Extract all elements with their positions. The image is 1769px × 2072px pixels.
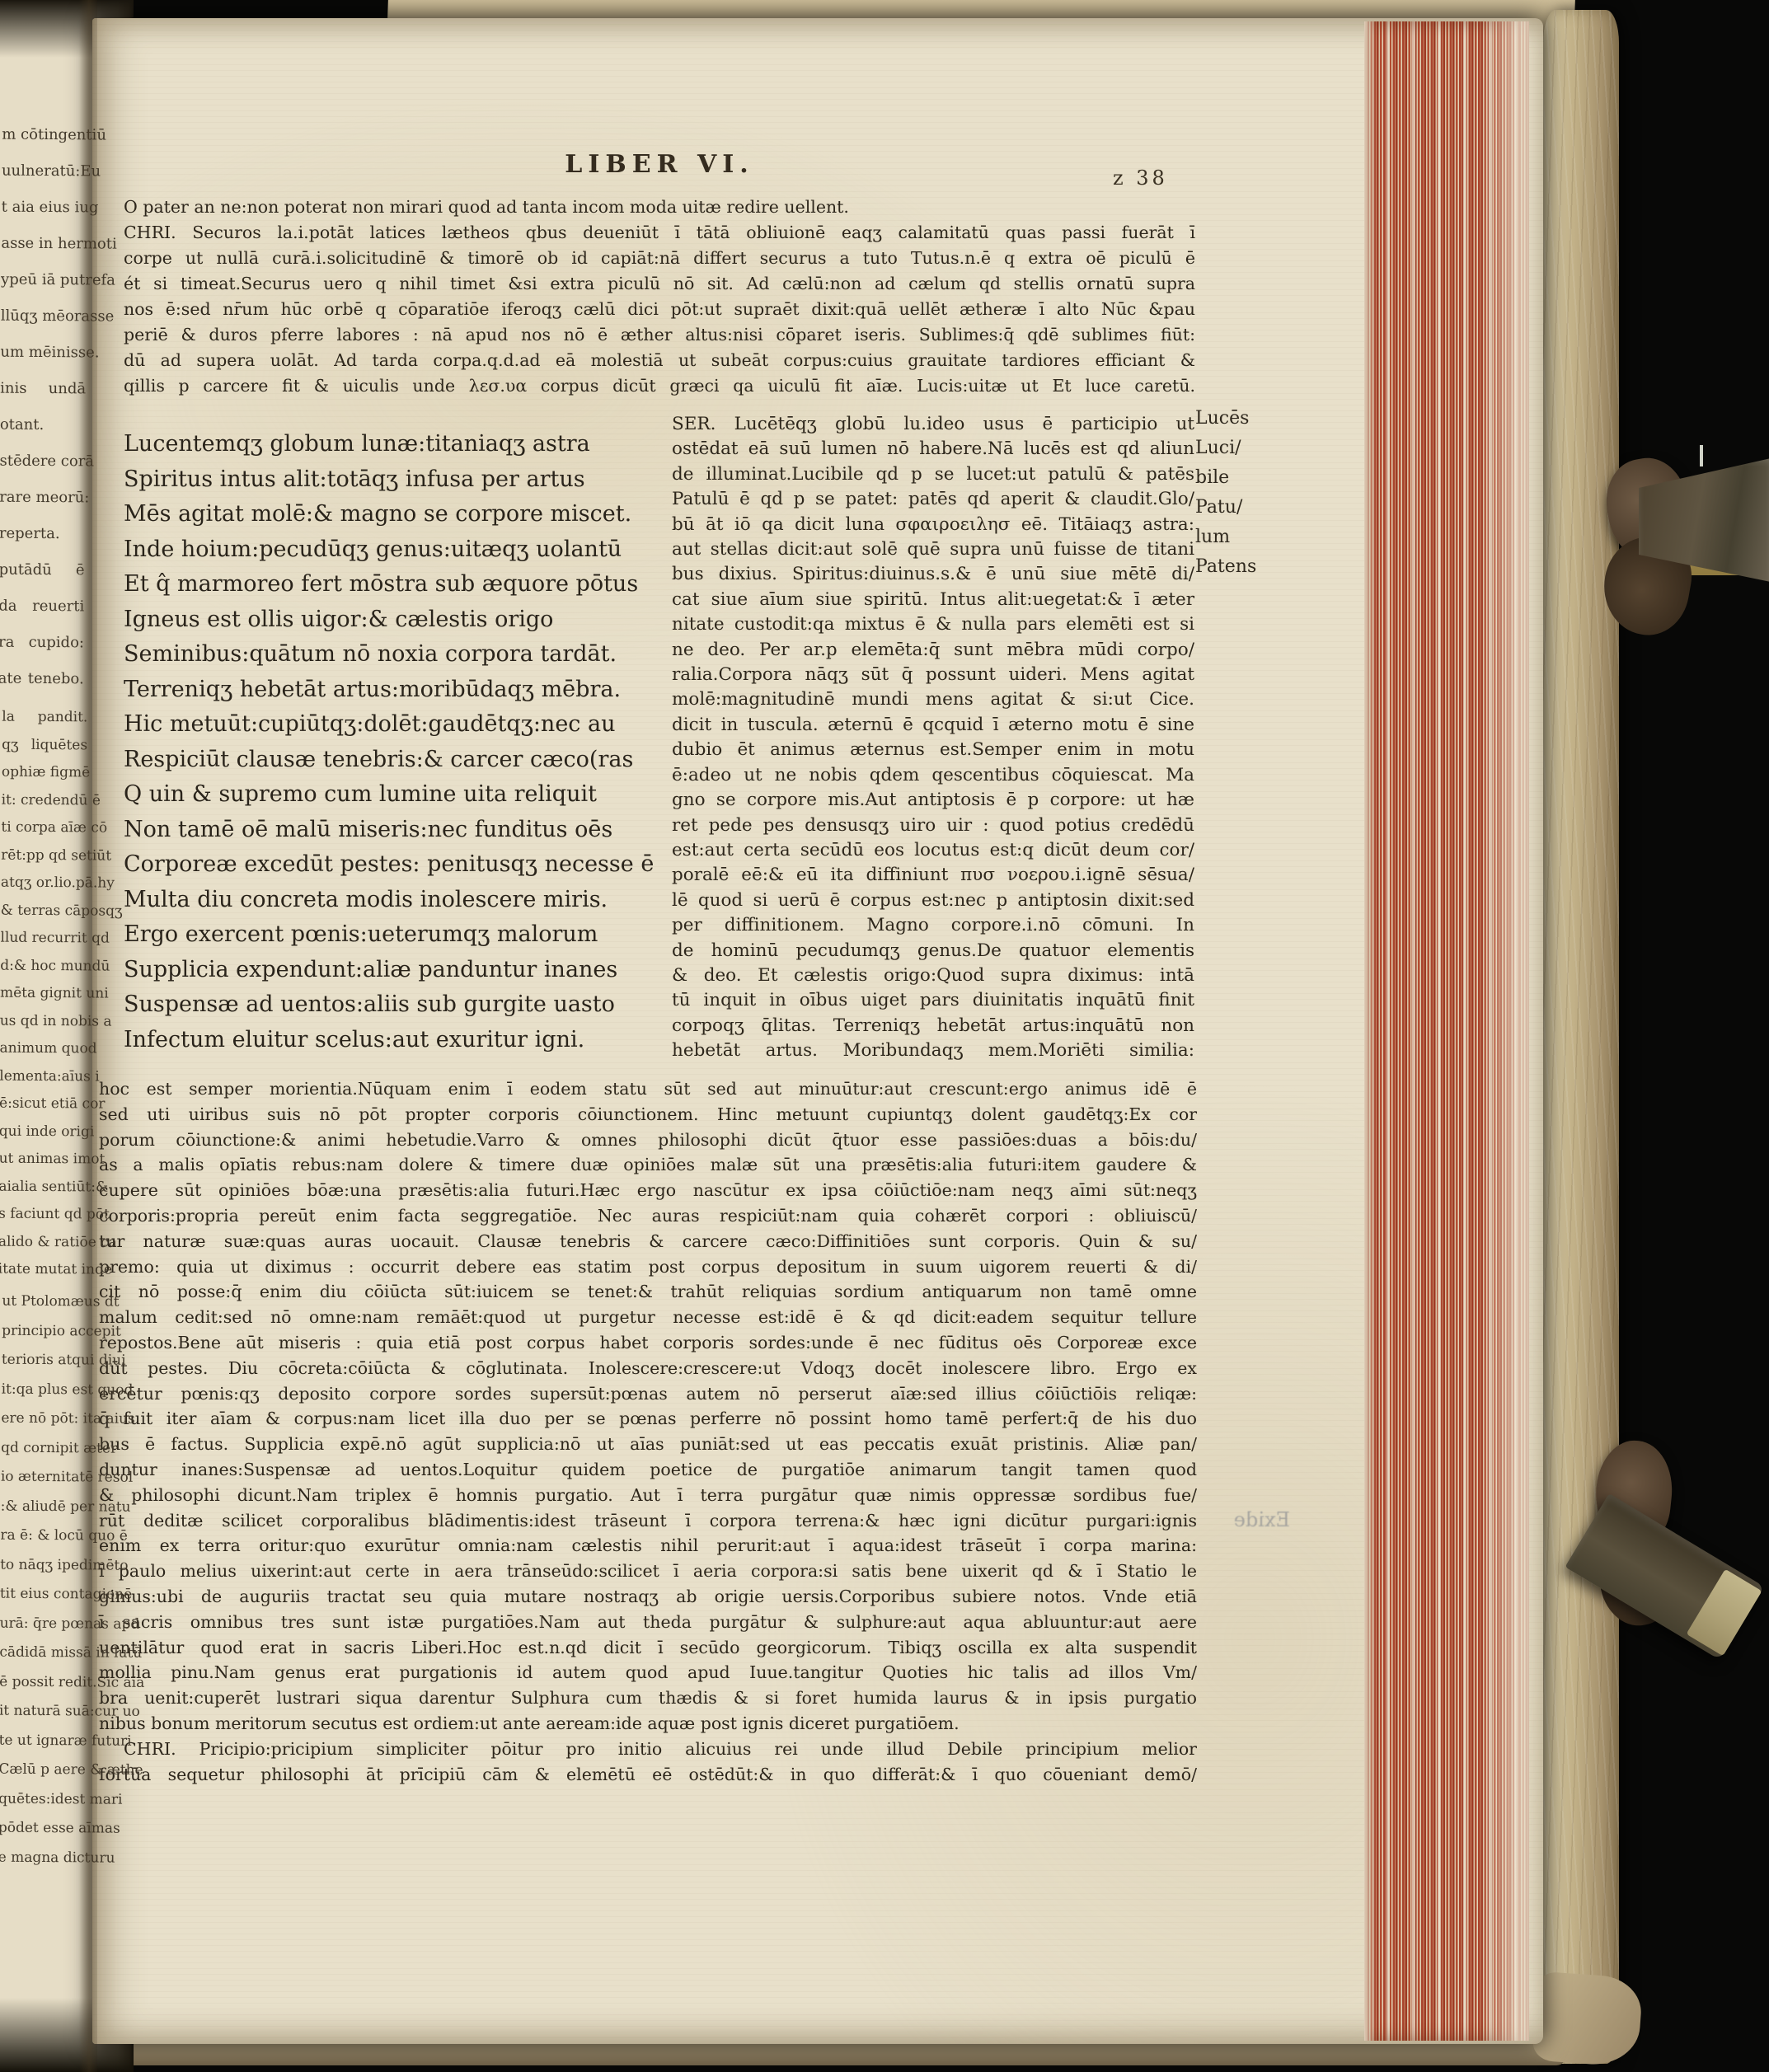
facing-page-text-fragments-middle: la pandit.qʒ liquētesophiæ figmēit: cred… bbox=[0, 704, 87, 1284]
facing-text-fragment: e magna dicturu bbox=[0, 1843, 84, 1873]
facing-text-fragment: tit eius contagionē bbox=[0, 1580, 86, 1610]
text-line: dicit in tuscula. æternū ē qcquid ī æter… bbox=[672, 713, 1194, 738]
cover-bottom-corner bbox=[1532, 1971, 1643, 2068]
clasp-tip-highlight bbox=[1687, 1569, 1762, 1657]
text-line: premo: quia ut diximus : occurrit debere… bbox=[99, 1254, 1197, 1280]
text-line: lē quod si uerū ē corpus est:nec p antip… bbox=[672, 888, 1194, 913]
text-line: Patulū ē qd p se patet: patēs qd aperit … bbox=[672, 487, 1194, 512]
text-line: ét si timeat.Securus uero q nihil timet … bbox=[124, 271, 1195, 297]
text-line: hoc est semper morientia.Nūquam enim ī e… bbox=[99, 1076, 1197, 1102]
text-line: as a malis opīatis rebus:nam dolere & ti… bbox=[99, 1152, 1197, 1178]
facing-text-fragment: um mēinisse. bbox=[0, 335, 86, 372]
poem-line: Non tamē oē malū miseris:nec funditus oē… bbox=[124, 813, 684, 848]
text-line: corpe ut nullā curā.i.solicitudinē & tim… bbox=[124, 246, 1195, 271]
poem-line: Terreniqʒ hebetāt artus:moribūdaqʒ mēbra… bbox=[124, 673, 684, 708]
margin-note: Lucēs bbox=[1195, 404, 1286, 434]
text-line: duntur inanes:Suspensæ ad uentos.Loquitu… bbox=[99, 1457, 1197, 1483]
text-line: nitate custodit:qa mixtus ē & nulla pars… bbox=[672, 612, 1194, 637]
text-line: est:aut certa secūdū eos locutus est:q d… bbox=[672, 838, 1194, 863]
poem-line: Seminibus:quātum nō noxia corpora tardāt… bbox=[124, 637, 684, 673]
facing-text-fragment: itate mutat inde bbox=[0, 1256, 84, 1284]
text-line: dū ad supera uolāt. Ad tarda corpa.q.d.a… bbox=[124, 348, 1195, 373]
margin-note: Patu/ bbox=[1195, 493, 1286, 523]
facing-text-fragment: ophiæ figmē bbox=[2, 759, 87, 787]
facing-text-fragment: ra cupido: bbox=[0, 625, 84, 662]
text-line: ostēdat eā suū lumen nō habere.Nā lucēs … bbox=[672, 437, 1194, 462]
facing-text-fragment: cādidā missā in lutū bbox=[0, 1638, 86, 1668]
red-stained-fore-edge bbox=[1364, 21, 1529, 2041]
text-line: hebetāt artus. Moribundaqʒ mem.Moriēti s… bbox=[672, 1038, 1194, 1063]
margin-note: Luci/ bbox=[1195, 434, 1286, 463]
facing-text-fragment: principio accepit bbox=[2, 1316, 87, 1346]
facing-text-fragment: m cōtingentiū bbox=[2, 117, 87, 154]
facing-text-fragment: qui inde origi bbox=[0, 1118, 85, 1146]
facing-text-fragment: ypeū iā putrefa bbox=[1, 262, 87, 299]
facing-text-fragment: it:qa plus est quod bbox=[1, 1375, 87, 1404]
text-line: de hominū pecudumqʒ genus.De quatuor ele… bbox=[672, 939, 1194, 963]
poem-line: Suspensæ ad uentos:aliis sub gurgite uas… bbox=[124, 987, 684, 1023]
facing-text-fragment: ate tenebo. bbox=[0, 661, 84, 698]
commentary-column: SER. Lucētēqʒ globū lu.ideo usus ē parti… bbox=[672, 412, 1194, 1064]
text-line: nibus bonum meritorum secutus est ordiem… bbox=[99, 1711, 1197, 1737]
text-line: molē:magnitudinē mundi mens agitat & si:… bbox=[672, 687, 1194, 712]
text-line: poralē eē:& eū ita diffiniunt πυσ νοερου… bbox=[672, 863, 1194, 888]
facing-text-fragment: asse in hermoti bbox=[1, 226, 87, 263]
text-line: O pater an ne:non poterat non mirari quo… bbox=[124, 195, 1195, 220]
facing-text-fragment: ti corpa aīæ cō bbox=[1, 814, 87, 842]
facing-text-fragment: ut Ptolomæus dt bbox=[2, 1287, 87, 1317]
margin-note: Patens bbox=[1195, 552, 1286, 582]
text-line: gno se corpore mis.Aut antiptosis ē p co… bbox=[672, 788, 1194, 813]
text-line: uentilātur quod erat in sacris Liberi.Ho… bbox=[99, 1635, 1197, 1661]
book-page: LIBER VI. z 38 O pater an ne:non poterat… bbox=[92, 18, 1543, 2044]
text-line: bū āt iō qa dicit luna σφαιροειλησ eē. T… bbox=[672, 513, 1194, 537]
text-line: corpoqʒ q̄litas. Terreniqʒ hebetāt artus… bbox=[672, 1014, 1194, 1038]
margin-note: lum bbox=[1195, 523, 1286, 552]
facing-text-fragment: & terras cāposqʒ bbox=[1, 897, 87, 925]
facing-text-fragment: io æternitatē resol bbox=[1, 1463, 87, 1493]
gutter-fold-shadow bbox=[79, 0, 97, 2072]
facing-text-fragment: da reuerti bbox=[0, 588, 84, 626]
text-line: ne deo. Per ar.p elemēta:q̄ sunt mēbra m… bbox=[672, 638, 1194, 663]
poem-line: Mēs agitat molē:& magno se corpore misce… bbox=[124, 497, 684, 532]
facing-text-fragment: ut animas imot bbox=[0, 1146, 85, 1174]
facing-text-fragment: ere nō pōt: ita aius bbox=[1, 1404, 87, 1434]
facing-text-fragment: terioris atqui diui bbox=[2, 1346, 87, 1376]
facing-text-fragment: quētes:idest mari bbox=[0, 1784, 84, 1814]
facing-text-fragment: stēdere corā bbox=[0, 443, 86, 480]
facing-text-fragment: ē possit redit.Sic aīa bbox=[0, 1667, 85, 1697]
facing-text-fragment: t aia eius iug bbox=[2, 190, 87, 227]
running-header: LIBER VI. bbox=[124, 150, 1195, 179]
facing-text-fragment: atqʒ or.lio.pā.hy bbox=[1, 870, 87, 898]
folio-signature: z 38 bbox=[1113, 166, 1212, 190]
text-line: fortūa sequetur philosophi āt prīcipiū c… bbox=[99, 1762, 1197, 1788]
text-line: tur naturæ suæ:quas auras uocauit. Claus… bbox=[99, 1229, 1197, 1254]
facing-page-text-fragments-top: m cōtingentiūuulneratū:Eut aia eius iuga… bbox=[0, 117, 87, 698]
poem-line: Hic metuūt:cupiūtqʒ:dolēt:gaudētqʒ:nec a… bbox=[124, 707, 684, 743]
facing-text-fragment: putādū ē bbox=[0, 552, 85, 589]
text-line: ī sacris omnibus tres sunt istæ purgatiō… bbox=[99, 1610, 1197, 1635]
text-line: ret pede pes densusqʒ uiro uir : quod po… bbox=[672, 813, 1194, 838]
text-line: enim ex terra oritur:quo exurūtur omnia:… bbox=[99, 1533, 1197, 1559]
commentary-full-width-block: hoc est semper morientia.Nūquam enim ī e… bbox=[99, 1076, 1197, 1787]
text-line: repostos.Bene aūt miseris : quia etiā po… bbox=[99, 1330, 1197, 1356]
text-line: cit nō posse:q̄ enim diu cōiūcta sūt:iui… bbox=[99, 1279, 1197, 1305]
facing-text-fragment: it: credendū ē bbox=[2, 786, 87, 814]
text-line: bra uenit:cuperēt lustrari siqua darentu… bbox=[99, 1685, 1197, 1711]
facing-text-fragment: qʒ liquētes bbox=[2, 731, 87, 759]
facing-text-fragment: otant. bbox=[0, 407, 86, 444]
text-line: bus ē factus. Supplicia expē.nō agūt sup… bbox=[99, 1432, 1197, 1457]
facing-text-fragment: mēta gignit uni bbox=[0, 980, 86, 1008]
facing-text-fragment: te ut ignaræ futuri bbox=[0, 1726, 85, 1756]
facing-text-fragment: qd cornipit æter bbox=[1, 1433, 87, 1463]
text-line: ralia.Corpora nāqʒ sūt q̄ possunt uideri… bbox=[672, 663, 1194, 687]
text-line: mollia pinu.Nam genus erat purgationis i… bbox=[99, 1660, 1197, 1685]
text-line: CHRI. Securos la.i.potāt latices lætheos… bbox=[124, 220, 1195, 246]
facing-text-fragment: uulneratū:Eu bbox=[2, 153, 87, 190]
text-line: ē:adeo ut ne nobis qdem qescentibus cōqu… bbox=[672, 763, 1194, 788]
text-line: porum cōiunctione:& animi hebetudie.Varr… bbox=[99, 1127, 1197, 1153]
poem-line: Igneus est ollis uigor:& cælestis origo bbox=[124, 602, 684, 638]
facing-text-fragment: urā: q̄re pœnas apd bbox=[0, 1609, 86, 1638]
text-line: & philosophi dicunt.Nam triplex ē homnis… bbox=[99, 1483, 1197, 1508]
poem-column: Lucentemqʒ globum lunæ:titaniaqʒ astraSp… bbox=[124, 427, 684, 1057]
poem-line: Supplicia expendunt:aliæ panduntur inane… bbox=[124, 953, 684, 988]
text-line: cupere sūt opiniōes bōæ:una præsētis:ali… bbox=[99, 1178, 1197, 1203]
poem-line: Infectum eluitur scelus:aut exuritur ign… bbox=[124, 1023, 684, 1058]
facing-text-fragment: :& aliudē per natu bbox=[0, 1492, 86, 1521]
poem-line: Multa diu concreta modis inolescere miri… bbox=[124, 883, 684, 918]
text-line: rūt deditæ scilicet corporalibus blādime… bbox=[99, 1508, 1197, 1534]
metal-pin-upper bbox=[1700, 445, 1703, 466]
ink-show-through-text: Exide bbox=[1199, 1508, 1290, 1531]
text-line: nos ē:sed nr̄um hūc orbē q cōparatiōe if… bbox=[124, 297, 1195, 322]
facing-text-fragment: us qd in nobis a bbox=[0, 1007, 86, 1035]
facing-text-fragment: it naturā suā:cur uo bbox=[0, 1697, 85, 1727]
text-line: dubio ēt animus æternus est.Semper enim … bbox=[672, 738, 1194, 762]
text-line: periē & duros pferre labores : nā apud n… bbox=[124, 322, 1195, 348]
text-line: de illuminat.Lucibile qd p se lucet:ut p… bbox=[672, 462, 1194, 487]
facing-text-fragment: la pandit. bbox=[2, 704, 87, 732]
poem-line: Lucentemqʒ globum lunæ:titaniaqʒ astra bbox=[124, 427, 684, 462]
text-line: ī paulo melius uixerint:aut certe in aer… bbox=[99, 1559, 1197, 1584]
facing-text-fragment: rare meorū: bbox=[0, 480, 85, 517]
poem-line: Respiciūt clausæ tenebris:& carcer cæco(… bbox=[124, 743, 684, 778]
text-line: gimus:ubi de auguriis tractat seu quia m… bbox=[99, 1584, 1197, 1610]
text-line: CHRI. Pricipio:pricipium simpliciter pōi… bbox=[99, 1737, 1197, 1762]
facing-text-fragment: pōdet esse aīmas bbox=[0, 1814, 84, 1844]
text-line: per diffinitionem. Magno corpore.i.nō cō… bbox=[672, 913, 1194, 938]
poem-line: Ergo exercent pœnis:ueterumqʒ malorum bbox=[124, 917, 684, 953]
text-line: SER. Lucētēqʒ globū lu.ideo usus ē parti… bbox=[672, 412, 1194, 437]
text-line: qillis p carcere fit & uiculis unde λεσ.… bbox=[124, 373, 1195, 399]
text-line: cat siue aīum siue spiritū. Intus alit:u… bbox=[672, 588, 1194, 612]
facing-text-fragment: reperta. bbox=[0, 516, 85, 553]
poem-line: Spiritus intus alit:totāqʒ infusa per ar… bbox=[124, 462, 684, 498]
margin-note: bile bbox=[1195, 463, 1286, 493]
poem-line: Corporeæ excedūt pestes: penitusqʒ neces… bbox=[124, 847, 684, 883]
text-line: q̄ fuit iter aīam & corpus:nam licet ill… bbox=[99, 1406, 1197, 1432]
text-line: dūt pestes. Diu cōcreta:cōiūcta & cōglut… bbox=[99, 1356, 1197, 1381]
text-line: bus dixius. Spiritus:diuinus.s.& ē unū s… bbox=[672, 562, 1194, 587]
text-line: corporis:propria pereūt enim facta seggr… bbox=[99, 1203, 1197, 1229]
facing-text-fragment: s faciunt qd pōt bbox=[0, 1201, 84, 1229]
text-line: sed uti uiribus suis nō pōt propter corp… bbox=[99, 1102, 1197, 1127]
facing-text-fragment: animum quod bbox=[0, 1035, 86, 1063]
text-line: aut stellas dicit:aut solē quē supra unū… bbox=[672, 537, 1194, 562]
poem-line: Inde hoium:pecudūqʒ genus:uitæqʒ uolantū bbox=[124, 532, 684, 568]
poem-line: Q uin & supremo cum lumine uita reliquit bbox=[124, 777, 684, 813]
parchment-cover-edge bbox=[1543, 10, 1619, 2064]
facing-text-fragment: rēt:pp qd setiūt bbox=[1, 841, 87, 870]
facing-text-fragment: Cælū p aere & æthe bbox=[0, 1756, 85, 1785]
photo-of-open-book: m cōtingentiūuulneratū:Eut aia eius iuga… bbox=[0, 0, 1769, 2072]
facing-page-text-fragments-bottom: ut Ptolomæus dtprincipio accepitterioris… bbox=[0, 1287, 87, 1873]
facing-text-fragment: llūqʒ mēorasse bbox=[1, 298, 87, 335]
facing-text-fragment: d:& hoc mundū bbox=[0, 952, 86, 980]
facing-text-fragment: alido & ratiōe ca bbox=[0, 1228, 84, 1256]
text-line: & deo. Et cælestis origo:Quod supra dixi… bbox=[672, 963, 1194, 988]
book-bottom-page-edges bbox=[58, 2041, 1566, 2065]
facing-text-fragment: lementa:aīus i bbox=[0, 1062, 85, 1090]
text-line: malum cedit:sed nō omne:nam remāēt:quod … bbox=[99, 1305, 1197, 1330]
facing-text-fragment: to nāqʒ ipedimēto bbox=[0, 1550, 86, 1580]
facing-text-fragment: llud recurrit qd bbox=[0, 925, 86, 953]
margin-notes: LucēsLuci/bilePatu/lumPatens bbox=[1195, 404, 1286, 582]
facing-text-fragment: ē:sicut etiā cor bbox=[0, 1090, 85, 1118]
text-line: ercētur pœnis:qʒ deposito corpore sordes… bbox=[99, 1381, 1197, 1407]
facing-text-fragment: ra ē: & locū quo ē bbox=[0, 1521, 86, 1551]
text-line: tū inquit in oībus uiget pars diuinitati… bbox=[672, 988, 1194, 1013]
facing-text-fragment: aialia sentiūt:& bbox=[0, 1173, 84, 1201]
poem-line: Et q̂ marmoreo fert mōstra sub æquore pō… bbox=[124, 567, 684, 602]
intro-paragraph: O pater an ne:non poterat non mirari quo… bbox=[124, 195, 1195, 399]
facing-text-fragment: inis undā bbox=[0, 371, 86, 408]
